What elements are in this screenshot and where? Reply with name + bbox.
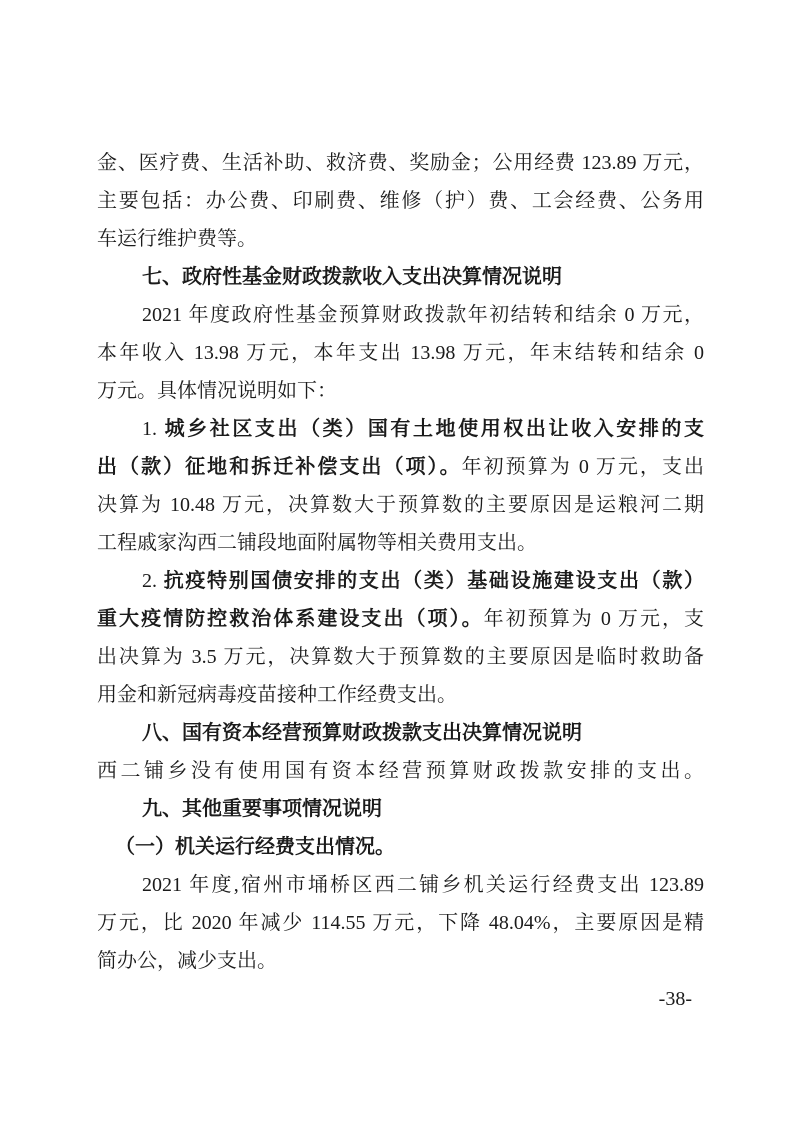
body-line: 西二铺乡没有使用国有资本经营预算财政拨款安排的支出。 (97, 752, 704, 790)
section-heading-seven: 七、政府性基金财政拨款收入支出决算情况说明 (97, 258, 704, 296)
body-line: 简办公，减少支出。 (97, 942, 704, 980)
body-line: 工程戚家沟西二铺段地面附属物等相关费用支出。 (97, 524, 704, 562)
body-line: 万元，比 2020 年减少 114.55 万元，下降 48.04%，主要原因是精 (97, 904, 704, 942)
section-heading-eight: 八、国有资本经营预算财政拨款支出决算情况说明 (97, 714, 704, 752)
body-line: 本年收入 13.98 万元，本年支出 13.98 万元，年末结转和结余 0 (97, 334, 704, 372)
text-run: 年初预算为 0 万元，支出 (462, 456, 704, 478)
item-number-run: 2. (142, 570, 164, 592)
numbered-item-line: 2. 抗疫特别国债安排的支出（类）基础设施建设支出（款） (97, 562, 704, 600)
page-number: -38- (97, 980, 704, 1018)
bold-text-run: 城乡社区支出（类）国有土地使用权出让收入安排的支 (165, 418, 704, 440)
text-run: 年初预算为 0 万元，支 (484, 608, 704, 630)
document-page: 金、医疗费、生活补助、救济费、奖励金；公用经费 123.89 万元， 主要包括：… (0, 0, 793, 1122)
body-line: 2021 年度,宿州市埇桥区西二铺乡机关运行经费支出 123.89 (97, 866, 704, 904)
body-line: 决算为 10.48 万元，决算数大于预算数的主要原因是运粮河二期 (97, 486, 704, 524)
body-line: 车运行维护费等。 (97, 220, 704, 258)
numbered-item-line: 1. 城乡社区支出（类）国有土地使用权出让收入安排的支 (97, 410, 704, 448)
body-line: 金、医疗费、生活补助、救济费、奖励金；公用经费 123.89 万元， (97, 144, 704, 182)
bold-text-run: 抗疫特别国债安排的支出（类）基础设施建设支出（款） (164, 570, 704, 592)
bold-text-run: 出（款）征地和拆迁补偿支出（项）。 (97, 456, 462, 478)
sub-heading-one: （一）机关运行经费支出情况。 (97, 828, 704, 866)
heading-text-run: 九、其他重要事项情况说明 (142, 798, 382, 820)
section-heading-nine: 九、其他重要事项情况说明 (97, 790, 704, 828)
numbered-item-line: 出（款）征地和拆迁补偿支出（项）。年初预算为 0 万元，支出 (97, 448, 704, 486)
body-line: 出决算为 3.5 万元，决算数大于预算数的主要原因是临时救助备 (97, 638, 704, 676)
body-line: 主要包括：办公费、印刷费、维修（护）费、工会经费、公务用 (97, 182, 704, 220)
bold-text-run: 重大疫情防控救治体系建设支出（项）。 (97, 608, 484, 630)
page-content: 金、医疗费、生活补助、救济费、奖励金；公用经费 123.89 万元， 主要包括：… (97, 144, 704, 1018)
body-line: 用金和新冠病毒疫苗接种工作经费支出。 (97, 676, 704, 714)
body-line: 万元。具体情况说明如下： (97, 372, 704, 410)
heading-text-run: 七、政府性基金财政拨款收入支出决算情况说明 (142, 266, 562, 288)
heading-text-run: 八、国有资本经营预算财政拨款支出决算情况说明 (142, 722, 582, 744)
heading-text-run: （一）机关运行经费支出情况。 (115, 836, 395, 858)
body-line: 2021 年度政府性基金预算财政拨款年初结转和结余 0 万元， (97, 296, 704, 334)
item-number-run: 1. (142, 418, 165, 440)
numbered-item-line: 重大疫情防控救治体系建设支出（项）。年初预算为 0 万元，支 (97, 600, 704, 638)
